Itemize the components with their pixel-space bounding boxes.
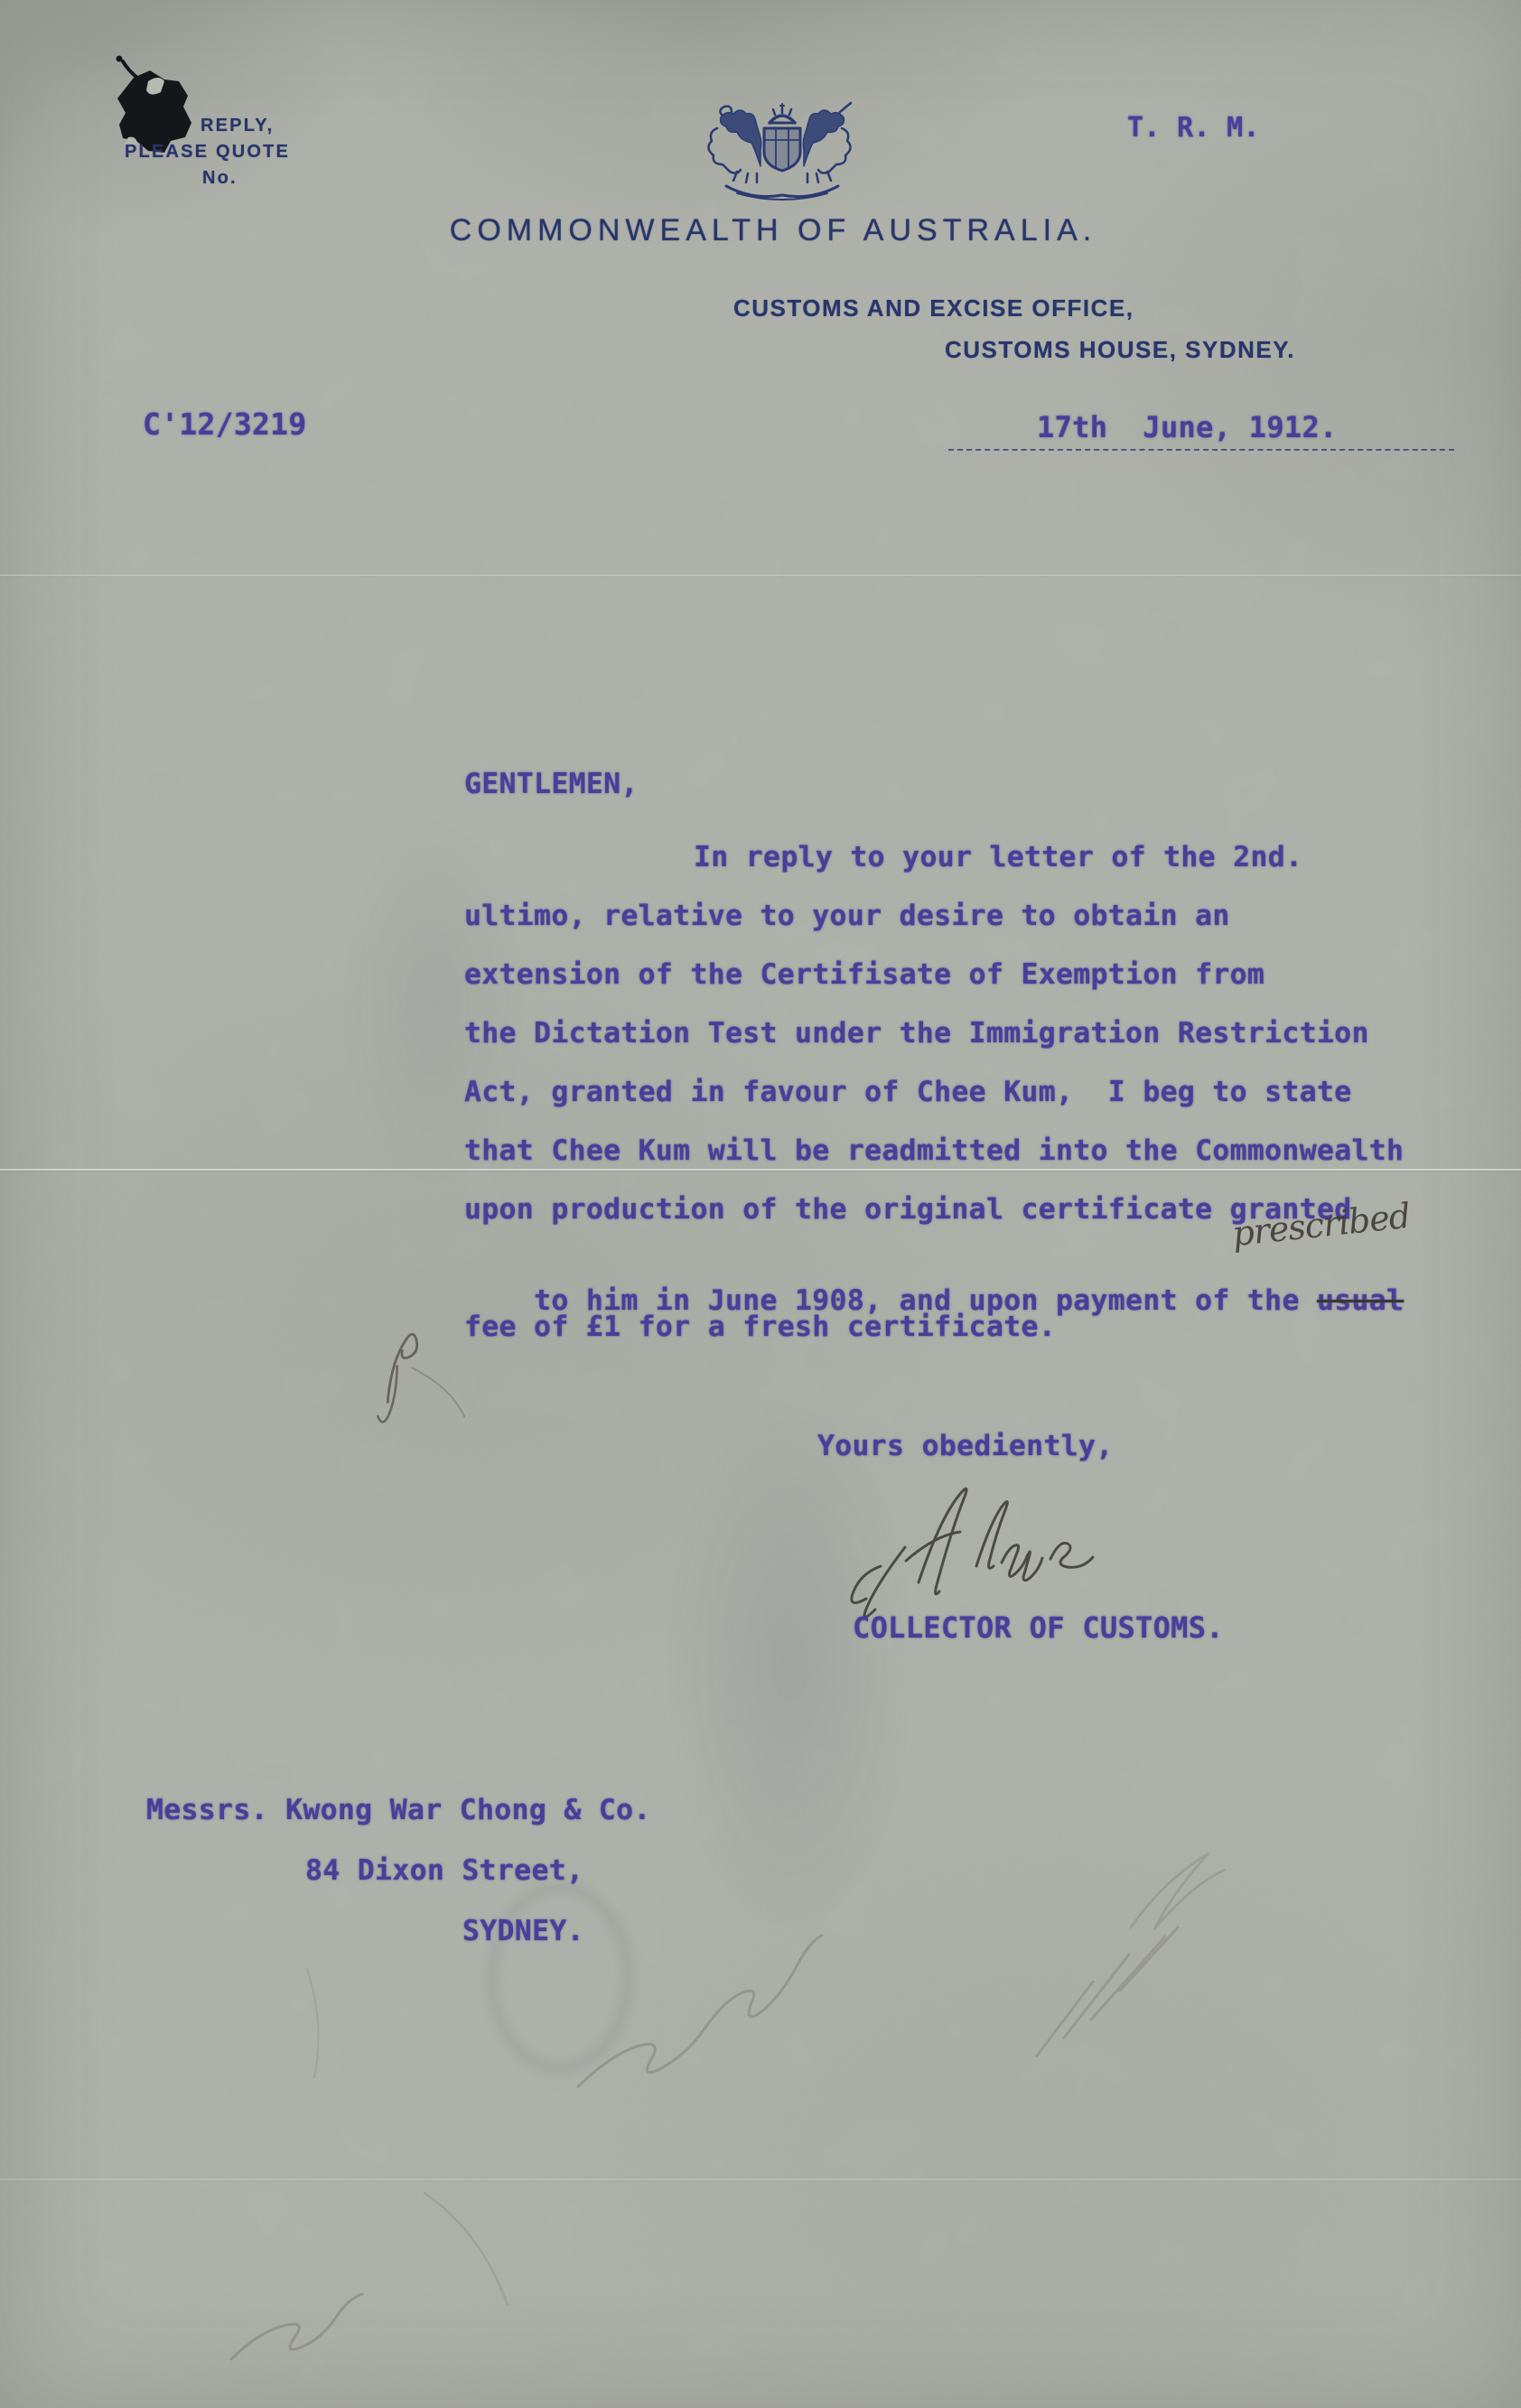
corner-note-line3: No.: [202, 168, 238, 189]
body-line-5: Act, granted in favour of Chee Kum, I be…: [464, 1076, 1352, 1108]
body-line-6: that Chee Kum will be readmitted into th…: [464, 1134, 1404, 1167]
body-line-4: the Dictation Test under the Immigration…: [464, 1017, 1369, 1050]
letter-page: REPLY, PLEASE QUOTE No. T. R. M.: [0, 0, 1521, 2408]
recipient-line-3: SYDNEY.: [462, 1915, 584, 1947]
letterhead-office-line1: CUSTOMS AND EXCISE OFFICE,: [733, 294, 1134, 322]
date-rule: [948, 449, 1454, 451]
signer-title: COLLECTOR OF CUSTOMS.: [853, 1610, 1224, 1645]
date: 17th June, 1912.: [1037, 410, 1338, 444]
corner-note-line2: PLEASE QUOTE: [125, 142, 290, 163]
fold-crease-lower: [0, 2179, 1521, 2180]
handwritten-signature: [835, 1472, 1143, 1630]
letterhead-office-line2: CUSTOMS HOUSE, SYDNEY.: [945, 336, 1295, 364]
fold-crease-upper: [0, 574, 1521, 576]
corner-note-line1: REPLY,: [201, 116, 274, 136]
royal-coat-of-arms-icon: [695, 101, 869, 206]
struck-word: usual: [1317, 1284, 1404, 1317]
body-line-7: upon production of the original certific…: [464, 1193, 1352, 1226]
pencil-initials: [352, 1301, 476, 1432]
monogram: T. R. M.: [1127, 112, 1260, 144]
body-line-2: ultimo, relative to your desire to obtai…: [464, 900, 1230, 932]
body-line-3: extension of the Certifisate of Exemptio…: [464, 958, 1264, 991]
stamp-ghost: [488, 1883, 632, 2073]
reference-number: C'12/3219: [143, 406, 307, 442]
body-line-9: fee of £1 for a fresh certificate.: [464, 1311, 1056, 1343]
letterhead-title: COMMONWEALTH OF AUSTRALIA.: [0, 213, 1521, 248]
fold-crease-middle: [0, 1169, 1521, 1171]
recipient-line-2: 84 Dixon Street,: [305, 1854, 583, 1887]
body-line-1: In reply to your letter of the 2nd.: [694, 841, 1302, 873]
salutation: GENTLEMEN,: [464, 768, 639, 800]
recipient-line-1: Messrs. Kwong War Chong & Co.: [146, 1794, 651, 1826]
closing: Yours obediently,: [817, 1430, 1114, 1462]
